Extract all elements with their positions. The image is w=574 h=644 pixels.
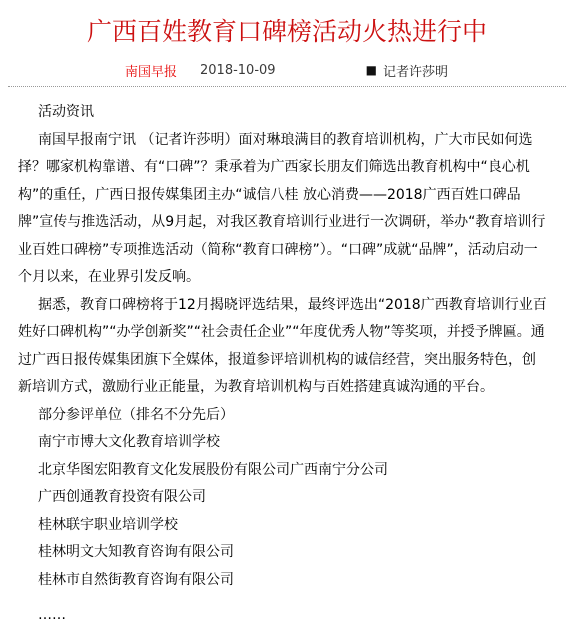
body-line: 活动资讯: [18, 99, 558, 127]
body-line: 据悉，教育口碑榜将于12月揭晓评选结果，最终评选出“2018广西教育培训行业百: [18, 292, 558, 320]
body-line: 新培训方式，激励行业正能量，为教育培训机构与百姓搭建真诚沟通的平台。: [18, 374, 558, 402]
body-line: 部分参评单位（排名不分先后）: [18, 402, 558, 430]
body-line: 业百姓口碑榜”专项推选活动（简称“教育口碑榜”）。“口碑”成就“品牌”，活动启动…: [18, 237, 558, 265]
body-line: 姓好口碑机构”“办学创新奖”“社会责任企业”“年度优秀人物”等奖项，并授予牌匾。…: [18, 319, 558, 347]
source-name: 南国早报: [125, 61, 177, 80]
body-line: 桂林联宇职业培训学校: [18, 512, 558, 540]
reporter-name: 记者许莎明: [383, 61, 448, 80]
article-meta: 南国早报 2018-10-09 ■ 记者许莎明: [0, 60, 574, 80]
body-line: 桂林明文大知教育咨询有限公司: [18, 539, 558, 567]
body-line: 个月以来，在业界引发反响。: [18, 264, 558, 292]
article-body: 活动资讯南国早报南宁讯 （记者许莎明）面对琳琅满目的教育培训机构，广大市民如何选…: [0, 87, 574, 644]
body-line: 广西创通教育投资有限公司: [18, 484, 558, 512]
body-line: 北京华图宏阳教育文化发展股份有限公司广西南宁分公司: [18, 457, 558, 485]
article-page: 广西百姓教育口碑榜活动火热进行中 南国早报 2018-10-09 ■ 记者许莎明…: [0, 0, 574, 644]
reporter-byline: ■ 记者许莎明: [366, 61, 448, 80]
black-square-icon: ■: [366, 64, 377, 76]
body-line: ……: [18, 602, 558, 630]
body-line: 桂林市自然街教育咨询有限公司: [18, 567, 558, 595]
body-line: 择？哪家机构靠谱、有“口碑”？秉承着为广西家长朋友们筛选出教育机构中“良心机: [18, 154, 558, 182]
publish-date: 2018-10-09: [200, 63, 276, 78]
body-line: 牌”宣传与推选活动，从9月起，对我区教育培训行业进行一次调研，举办“教育培训行: [18, 209, 558, 237]
article-title: 广西百姓教育口碑榜活动火热进行中: [10, 14, 564, 50]
body-line: 构”的重任，广西日报传媒集团主办“诚信八桂 放心消费——2018广西百姓口碑品: [18, 182, 558, 210]
body-line: 过广西日报传媒集团旗下全媒体，报道参评培训机构的诚信经营，突出服务特色，创: [18, 347, 558, 375]
body-line: 南宁市博大文化教育培训学校: [18, 429, 558, 457]
body-line: 南国早报南宁讯 （记者许莎明）面对琳琅满目的教育培训机构，广大市民如何选: [18, 127, 558, 155]
